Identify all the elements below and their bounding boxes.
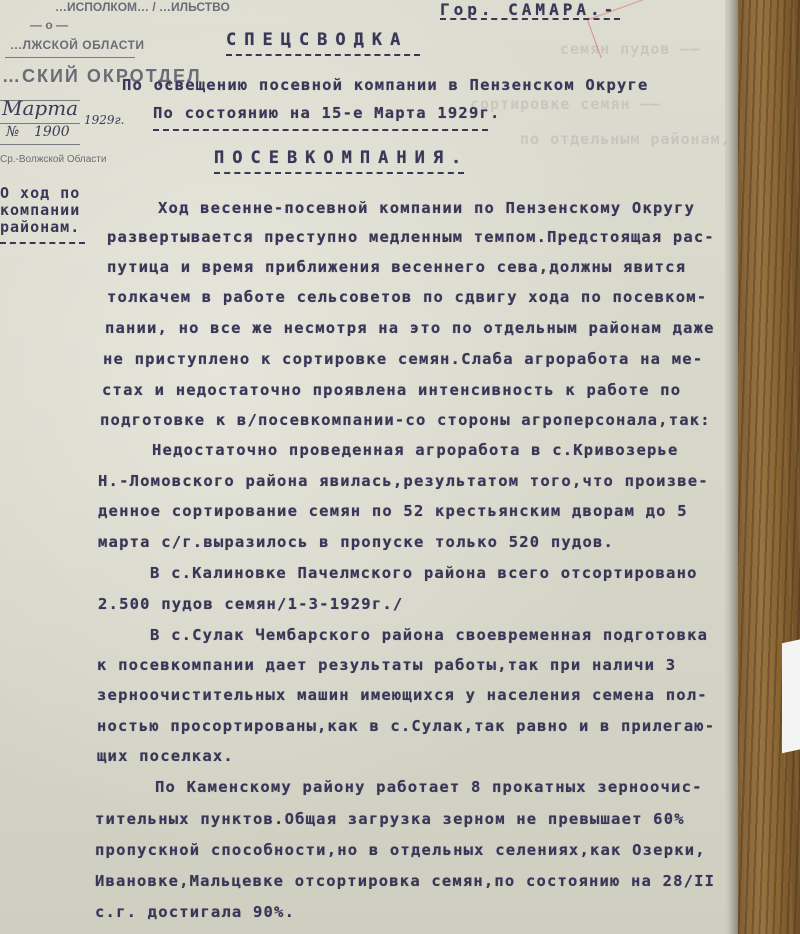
body-line: Ивановке,Мальцевке отсортировка семян,по… bbox=[95, 872, 715, 890]
bleed-through-text: по отдельным районам, bbox=[520, 130, 731, 148]
body-line: Ход весенне-посевной компании по Пензенс… bbox=[158, 199, 695, 217]
city-header: Гор. САМАРА.- bbox=[440, 0, 617, 19]
body-line: тительных пунктов.Общая загрузка зерном … bbox=[95, 810, 685, 828]
stamp-line-2: — о — bbox=[30, 18, 68, 32]
subtitle-line-2: По состоянию на 15-е Марта 1929г. bbox=[153, 104, 501, 122]
body-line: В с.Калиновке Пачелмского района всего о… bbox=[150, 564, 698, 582]
document-title: СПЕЦСВОДКА bbox=[226, 30, 408, 50]
body-line: По Каменскому району работает 8 прокатны… bbox=[155, 778, 703, 796]
body-line: путица и время приближения весеннего сев… bbox=[107, 258, 686, 276]
subtitle-underline bbox=[153, 129, 488, 131]
body-line: денное сортирование семян по 52 крестьян… bbox=[98, 502, 688, 520]
stamp-number-prefix: № bbox=[6, 124, 19, 140]
body-line: марта с/г.выразилось в пропуске только 5… bbox=[98, 533, 614, 551]
subtitle-line-1: По освещению посевной компании в Пензенс… bbox=[122, 76, 649, 94]
body-line: не приступлено к сортировке семян.Слаба … bbox=[103, 350, 703, 368]
body-line: щих поселках. bbox=[97, 747, 234, 765]
body-line: В с.Сулак Чембарского района своевременн… bbox=[150, 626, 708, 644]
stamp-date-year: 1929г. bbox=[84, 113, 124, 127]
stamp-number: 1900 bbox=[34, 124, 70, 140]
white-paper-corner bbox=[782, 637, 800, 753]
body-line: с.г. достигала 90%. bbox=[95, 903, 295, 921]
margin-note-line-2: компании bbox=[0, 201, 80, 219]
body-line: 2.500 пудов семян/1-3-1929г./ bbox=[98, 595, 403, 613]
city-underline bbox=[440, 18, 620, 20]
stamp-date-month-handwritten: Марта bbox=[2, 96, 78, 120]
margin-note-line-3: районам. bbox=[0, 218, 80, 236]
body-line: Н.-Ломовского района явилась,результатом… bbox=[98, 472, 709, 490]
body-line: толкачем в работе сельсоветов по сдвигу … bbox=[107, 288, 707, 306]
title-underline bbox=[226, 54, 420, 56]
body-line: зерноочистительных машин имеющихся у нас… bbox=[97, 686, 708, 704]
stamp-footer: Ср.-Волжской Области bbox=[0, 154, 106, 165]
margin-note-line-1: О ход по bbox=[0, 184, 80, 202]
body-line: пропускной способности,но в отдельных се… bbox=[95, 841, 706, 859]
wooden-table-background bbox=[735, 0, 800, 934]
margin-note-underline bbox=[0, 242, 85, 244]
section-underline bbox=[214, 172, 464, 174]
stamp-rule bbox=[5, 57, 135, 58]
body-line: ностью просортированы,как в с.Сулак,так … bbox=[97, 717, 715, 735]
body-line: пании, но все же несмотря на это по отде… bbox=[105, 319, 715, 337]
body-line: Недостаточно проведенная агроработа в с.… bbox=[152, 441, 679, 459]
stamp-line-1: …ИСПОЛКОМ… / …ИЛЬСТВО bbox=[55, 0, 230, 14]
body-line: стах и недостаточно проявлена интенсивно… bbox=[102, 381, 681, 399]
body-line: к посевкомпании дает результаты работы,т… bbox=[97, 656, 676, 674]
document-page: семян пудов —— сортировке семян —— по от… bbox=[0, 0, 725, 934]
stamp-rule bbox=[0, 144, 80, 145]
section-title: ПОСЕВКОМПАНИЯ. bbox=[214, 148, 469, 168]
body-line: развертывается преступно медленным темпо… bbox=[107, 228, 715, 246]
stamp-line-3: …ЛЖСКОЙ ОБЛАСТИ bbox=[10, 38, 145, 52]
body-line: подготовке к в/посевкомпании-со стороны … bbox=[100, 411, 711, 429]
